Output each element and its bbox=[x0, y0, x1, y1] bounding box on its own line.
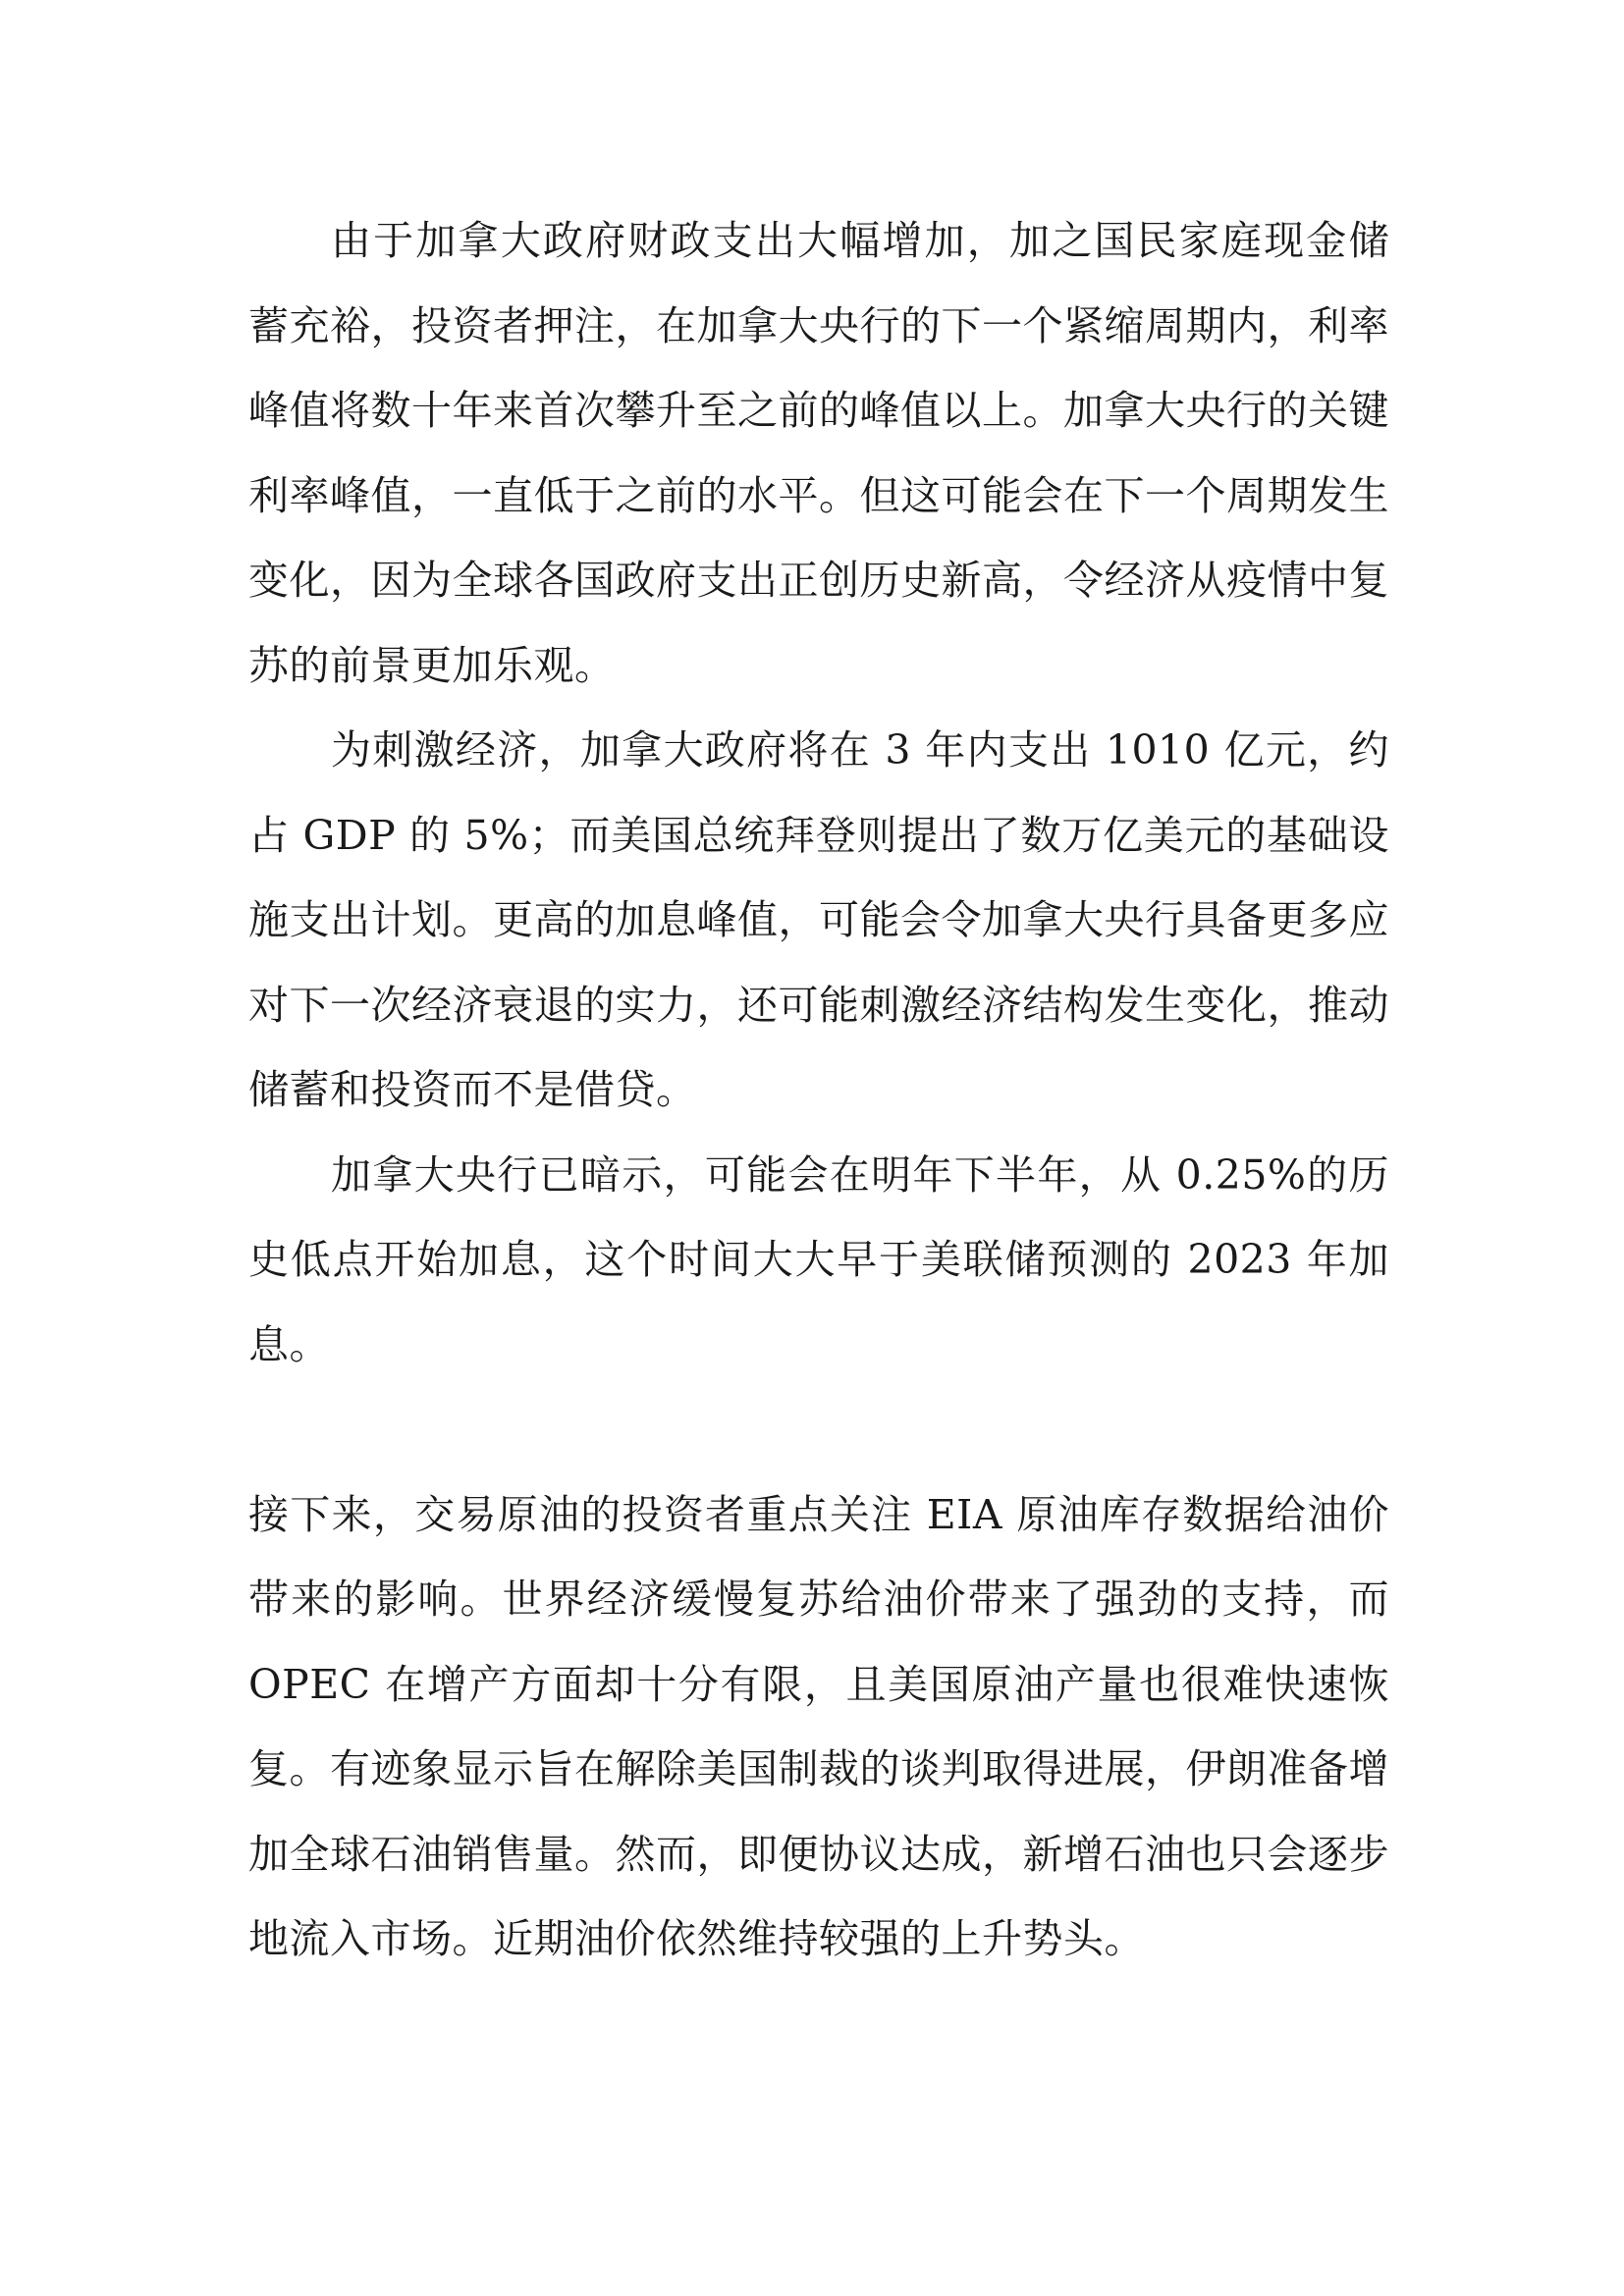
blank-line bbox=[248, 1387, 1389, 1472]
paragraph-crude-oil-outlook: 接下来，交易原油的投资者重点关注 EIA 原油库存数据给油价带来的影响。世界经济… bbox=[248, 1472, 1389, 1982]
paragraph-canada-fiscal-spending: 由于加拿大政府财政支出大幅增加，加之国民家庭现金储蓄充裕，投资者押注，在加拿大央… bbox=[248, 198, 1389, 708]
document-page: 由于加拿大政府财政支出大幅增加，加之国民家庭现金储蓄充裕，投资者押注，在加拿大央… bbox=[248, 198, 1389, 1982]
paragraph-stimulus-spending: 为刺激经济，加拿大政府将在 3 年内支出 1010 亿元，约占 GDP 的 5%… bbox=[248, 708, 1389, 1133]
paragraph-rate-hike-timing: 加拿大央行已暗示，可能会在明年下半年，从 0.25%的历史低点开始加息，这个时间… bbox=[248, 1133, 1389, 1388]
